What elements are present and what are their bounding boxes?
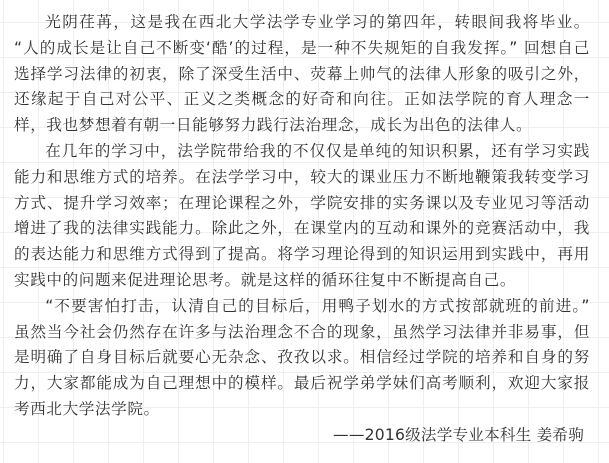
paragraph-intro: 光阴荏苒，这是我在西北大学法学专业学习的第四年，转眼间我将毕业。 “人的成长是让… [14, 10, 590, 139]
paragraph-advice: “不要害怕打击，认清自己的目标后，用鸭子划水的方式按部就班的前进。” 虽然当今社… [14, 294, 590, 423]
paragraph-study: 在几年的学习中，法学院带给我的不仅仅是单纯的知识积累，还有学习实践能力和思维方式… [14, 139, 590, 294]
article-body: 光阴荏苒，这是我在西北大学法学专业学习的第四年，转眼间我将毕业。 “人的成长是让… [14, 10, 590, 449]
author-signature: ——2016级法学专业本科生 姜希驹 [14, 423, 590, 449]
